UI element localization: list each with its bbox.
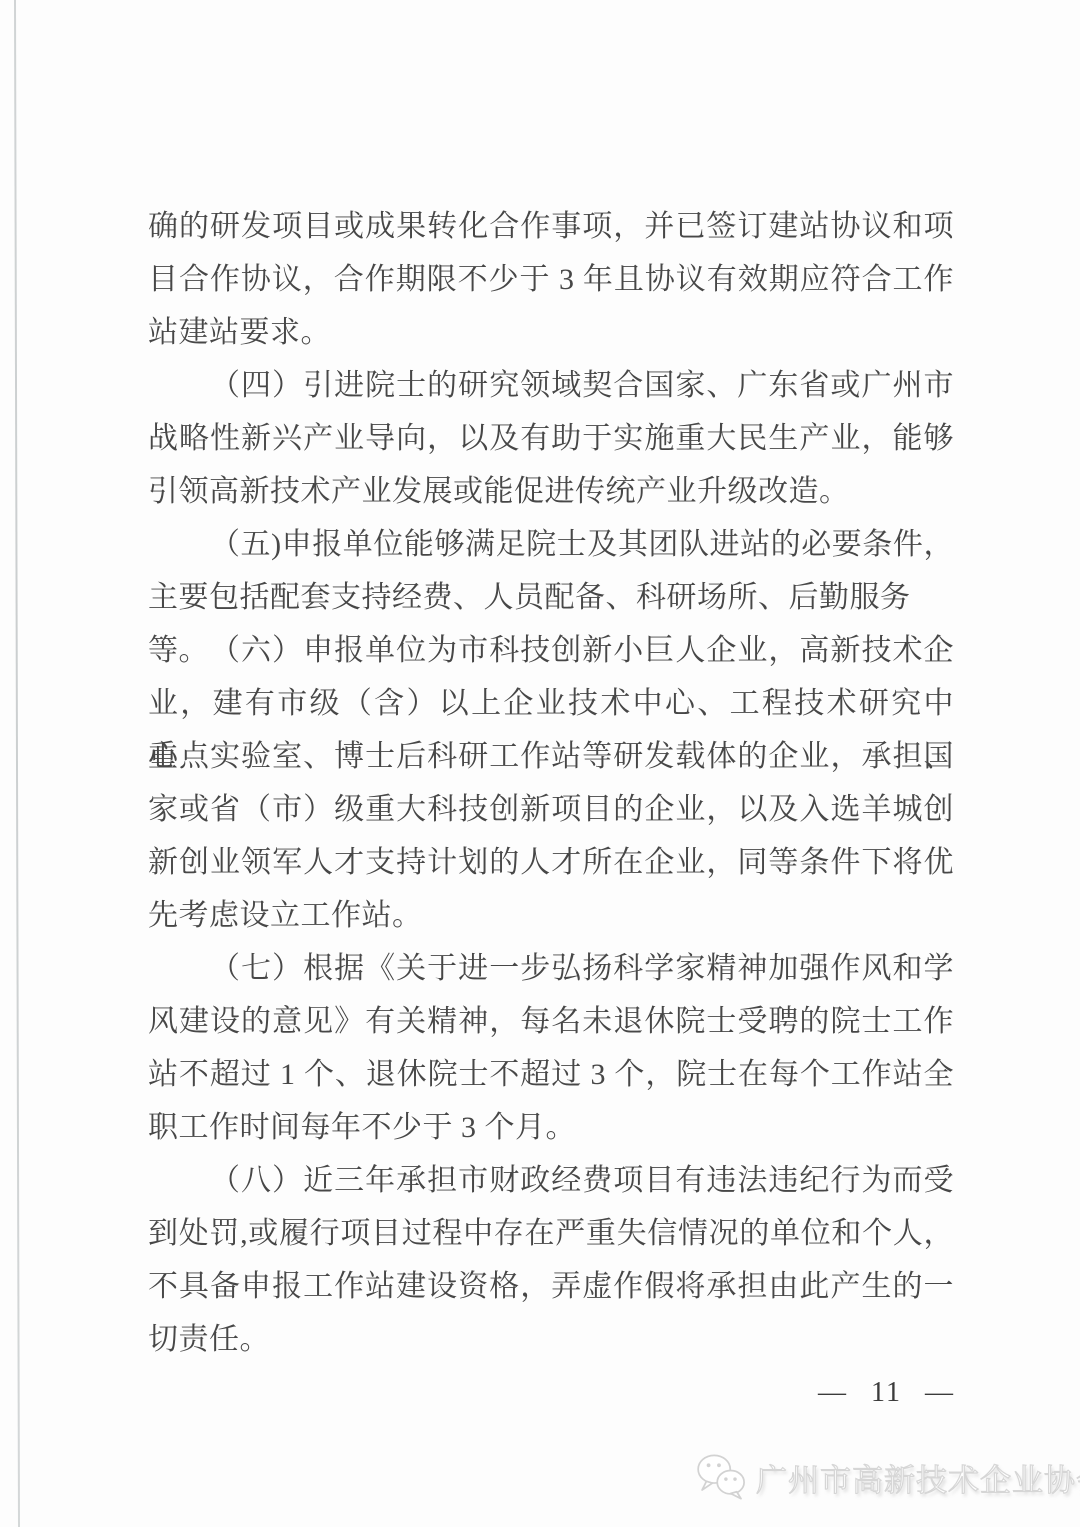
text-line: （六）申报单位为市科技创新小巨人企业，高新技术企: [148, 624, 954, 677]
text-line: （五)申报单位能够满足院士及其团队进站的必要条件，: [148, 518, 954, 571]
text-line: 不具备申报工作站建设资格，弄虚作假将承担由此产生的一: [148, 1260, 954, 1313]
page-number: — 11 —: [818, 1377, 955, 1409]
wechat-icon: [696, 1452, 748, 1502]
text-line: 站建站要求。: [148, 306, 954, 359]
text-line: 到处罚,或履行项目过程中存在严重失信情况的单位和个人，: [148, 1207, 954, 1260]
footer-watermark: 广州市高新技术企业协会: [696, 1452, 1080, 1502]
text-line: 战略性新兴产业导向，以及有助于实施重大民生产业，能够: [148, 412, 954, 465]
text-line: 目合作协议，合作期限不少于 3 年且协议有效期应符合工作: [148, 253, 954, 306]
text-line: 引领高新技术产业发展或能促进传统产业升级改造。: [148, 465, 954, 518]
text-line: 先考虑设立工作站。: [148, 889, 954, 942]
text-line: 家或省（市）级重大科技创新项目的企业，以及入选羊城创: [148, 783, 954, 836]
text-line: 新创业领军人才支持计划的人才所在企业，同等条件下将优: [148, 836, 954, 889]
text-line: 风建设的意见》有关精神，每名未退休院士受聘的院士工作: [148, 995, 954, 1048]
text-line: 职工作时间每年不少于 3 个月。: [148, 1101, 954, 1154]
text-line: 确的研发项目或成果转化合作事项，并已签订建站协议和项: [148, 200, 954, 253]
text-line: 主要包括配套支持经费、人员配备、科研场所、后勤服务等。: [148, 571, 954, 624]
text-line: （四）引进院士的研究领域契合国家、广东省或广州市: [148, 359, 954, 412]
text-line: （八）近三年承担市财政经费项目有违法违纪行为而受: [148, 1154, 954, 1207]
text-line: 业，建有市级（含）以上企业技术中心、工程技术研究中心、: [148, 677, 954, 730]
text-line: 重点实验室、博士后科研工作站等研发载体的企业，承担国: [148, 730, 954, 783]
scan-artifact-line: [14, 0, 20, 1527]
footer-org-name: 广州市高新技术企业协会: [756, 1455, 1080, 1500]
text-line: 站不超过 1 个、退休院士不超过 3 个，院士在每个工作站全: [148, 1048, 954, 1101]
text-line: 切责任。: [148, 1313, 954, 1366]
document-body: 确的研发项目或成果转化合作事项，并已签订建站协议和项 目合作协议，合作期限不少于…: [148, 200, 954, 1366]
text-line: （七）根据《关于进一步弘扬科学家精神加强作风和学: [148, 942, 954, 995]
scanned-document-page: { "document": { "lines": [ "确的研发项目或成果转化合…: [0, 0, 1080, 1527]
